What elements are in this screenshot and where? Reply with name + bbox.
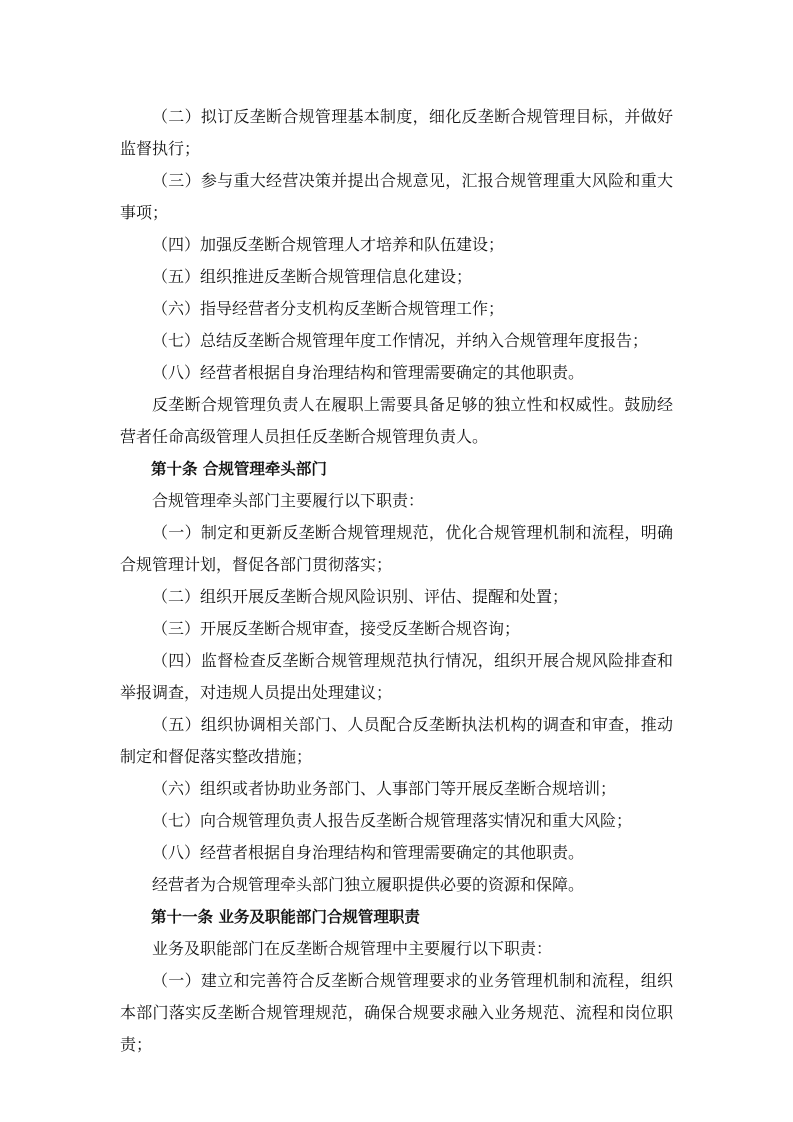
duty-item-8: （八）经营者根据自身治理结构和管理需要确定的其他职责。 — [120, 357, 673, 389]
responsible-person-paragraph: 反垄断合规管理负责人在履职上需要具备足够的独立性和权威性。鼓励经营者任命高级管理… — [120, 389, 673, 453]
document-body: （二）拟订反垄断合规管理基本制度，细化反垄断合规管理目标，并做好监督执行； （三… — [120, 101, 673, 1061]
article-10-resources-paragraph: 经营者为合规管理牵头部门独立履职提供必要的资源和保障。 — [120, 869, 673, 901]
duty-item-5: （五）组织推进反垄断合规管理信息化建设； — [120, 261, 673, 293]
article-10-intro: 合规管理牵头部门主要履行以下职责： — [120, 485, 673, 517]
article-10-item-4: （四）监督检查反垄断合规管理规范执行情况，组织开展合规风险排查和举报调查，对违规… — [120, 645, 673, 709]
duty-item-7: （七）总结反垄断合规管理年度工作情况，并纳入合规管理年度报告； — [120, 325, 673, 357]
duty-item-3: （三）参与重大经营决策并提出合规意见，汇报合规管理重大风险和重大事项； — [120, 165, 673, 229]
article-10-item-5: （五）组织协调相关部门、人员配合反垄断执法机构的调查和审查，推动制定和督促落实整… — [120, 709, 673, 773]
article-10-item-3: （三）开展反垄断合规审查，接受反垄断合规咨询； — [120, 613, 673, 645]
article-11-item-1: （一）建立和完善符合反垄断合规管理要求的业务管理机制和流程，组织本部门落实反垄断… — [120, 965, 673, 1061]
article-10-heading: 第十条 合规管理牵头部门 — [120, 453, 673, 485]
article-10-item-6: （六）组织或者协助业务部门、人事部门等开展反垄断合规培训； — [120, 773, 673, 805]
article-10-item-1: （一）制定和更新反垄断合规管理规范，优化合规管理机制和流程，明确合规管理计划，督… — [120, 517, 673, 581]
document-page: （二）拟订反垄断合规管理基本制度，细化反垄断合规管理目标，并做好监督执行； （三… — [0, 0, 793, 1122]
duty-item-2: （二）拟订反垄断合规管理基本制度，细化反垄断合规管理目标，并做好监督执行； — [120, 101, 673, 165]
duty-item-6: （六）指导经营者分支机构反垄断合规管理工作； — [120, 293, 673, 325]
article-10-item-8: （八）经营者根据自身治理结构和管理需要确定的其他职责。 — [120, 837, 673, 869]
duty-item-4: （四）加强反垄断合规管理人才培养和队伍建设； — [120, 229, 673, 261]
article-10-item-2: （二）组织开展反垄断合规风险识别、评估、提醒和处置； — [120, 581, 673, 613]
article-11-intro: 业务及职能部门在反垄断合规管理中主要履行以下职责： — [120, 933, 673, 965]
article-11-heading: 第十一条 业务及职能部门合规管理职责 — [120, 901, 673, 933]
article-10-item-7: （七）向合规管理负责人报告反垄断合规管理落实情况和重大风险； — [120, 805, 673, 837]
